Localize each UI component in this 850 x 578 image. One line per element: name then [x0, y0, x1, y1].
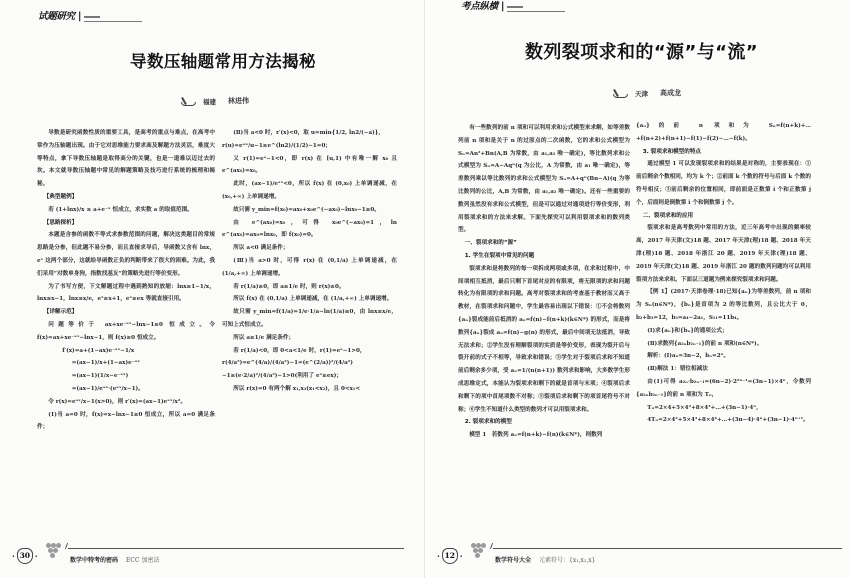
section-heading: 【典型题例】: [37, 191, 215, 204]
paragraph: 若 r(1/a)≥0，即 a≥1/e 时，则 r(x)≥0。: [222, 281, 397, 294]
equation-line: =(ax−1)/x+(1−ax)e⁻ᵃˣ: [37, 357, 215, 370]
paragraph: 裂项求和是将数列的每一项拆成两项或多项，在求和过程中，中间项相互抵消，最后只剩下…: [458, 263, 630, 417]
section-heading: 1. 学生在裂项中常见的问题: [458, 250, 630, 263]
paragraph: 【例 1】(2017·天津卷理·18)已知{aₙ}为等差数列，前 n 项和为 S…: [636, 286, 811, 324]
section-heading: 【详解示范】: [37, 306, 215, 319]
section-divider: |: [78, 11, 82, 22]
article-title: 数列裂项求和的“源”与“流”: [425, 38, 850, 64]
paragraph: 所以 r(x)=0 有两个解 x₁,x₂(x₁<x₂)，且 0<x₁<: [222, 383, 397, 396]
section-label: 试题研究: [38, 8, 75, 22]
paragraph: 若 r(1/a)<0，即 0<a<1/e 时，r(1)=eᵃ−1>0，: [222, 345, 397, 358]
section-divider: |: [501, 1, 505, 12]
paragraph: 故只需 y_min=f(x₀)=ax₀+x₀e^(−ax₀)−lnx₀−1≥0。: [222, 204, 397, 217]
column-2: {aₙ}的前 n 项和为 Sₙ=f(n+k)+…+f(n+2)+f(n+1)−f…: [636, 120, 811, 427]
paragraph: 模型 1 若数列 aₙ=f(n+k)−f(n)(k∈N*)，则数列: [458, 429, 630, 442]
paragraph: 若 (1+lnx)/x ≤ a+e⁻ˣ 恒成立，求实数 a 的取值范围。: [37, 204, 215, 217]
author-name: 高成龙: [660, 88, 681, 98]
left-page: 试题研究 | 导数压轴题常用方法揭秘 福建 林进伟 导数是研究函数性质的重要工具…: [0, 0, 425, 578]
paragraph: 裂项求和是高考数列中常用的方法，近三年高考中出现的频率较高，2017 年天津(文…: [636, 222, 811, 286]
byline: 福建 林进伟: [180, 96, 249, 106]
right-page: 考点纵横 | 数列裂项求和的“源”与“流” 天津 高成龙 有一些数列的前 n 项…: [425, 0, 850, 578]
footer-journal: 数学中特考的密码 ECC 加密法: [70, 555, 160, 564]
page-number: 30: [17, 548, 33, 564]
section-underline: [507, 6, 565, 12]
page-footer: ·30· 数学中特考的密码 ECC 加密法: [8, 540, 404, 574]
paragraph: {aₙ}的前 n 项和为 Sₙ=f(n+k)+…+f(n+2)+f(n+1)−f…: [636, 120, 811, 146]
paragraph: 4Tₙ=2×4²+5×4³+8×4⁴+…+(3n−4)·4ⁿ+(3n−1)·4ⁿ…: [636, 414, 811, 427]
equation-line: =(ax−1)(1/x−e⁻ᵃˣ): [37, 370, 215, 383]
paragraph: (Ⅱ)求数列{a₂ₙb₂ₙ₋₁}的前 n 项和(n∈N*)。: [636, 338, 811, 351]
section-heading: 2. 裂项求和的模型: [458, 416, 630, 429]
paragraph: 本题是含参的函数不等式求参数范围的问题，解决这类题目的常规思路是分参，但此题不易…: [37, 229, 215, 280]
author-location: 天津: [635, 89, 648, 98]
paragraph: 又 r(1)=eᵃ−1<0，即 r(x) 在 [u,1) 中有唯一解 x₀ 且 …: [222, 153, 397, 179]
footer-rule: [493, 548, 842, 549]
paragraph: 有一些数列的前 n 项和可以利用求和公式模型来求解，如等差数列前 n 项和是关于…: [458, 122, 630, 237]
page-number: 12: [442, 548, 458, 564]
byline: 天津 高成龙: [612, 88, 681, 98]
paragraph: (Ⅲ)当 a>0 时，可得 r(x) 在 (0,1/a) 上单调递减，在 (1/…: [222, 255, 397, 281]
footer-journal: 数学符号大全 元素符号：{x₁,x₂,x}: [495, 555, 595, 564]
author-name: 林进伟: [228, 96, 249, 106]
paragraph: 由 e^(ax₀)=x₀，可得 x₀e^(−ax₀)=1，ln e^(ax₀)=…: [222, 217, 397, 243]
footer-rule: [68, 548, 404, 549]
journal-subtitle: ECC 加密法: [126, 555, 159, 564]
paragraph: (Ⅰ)当 a=0 时，f(x)=x−lnx−1≥0 恒成立，所以 a=0 满足条…: [37, 409, 215, 435]
column-1: 有一些数列的前 n 项和可以利用求和公式模型来求解，如等差数列前 n 项和是关于…: [458, 122, 630, 442]
equation-line: f′(x)=a+(1−ax)e⁻ᵃˣ−1/x: [37, 345, 215, 358]
page-footer: ·12· 数学符号大全 元素符号：{x₁,x₂,x}: [433, 540, 842, 574]
journal-name: 数学符号大全: [495, 555, 531, 564]
equation-line: =(ax−1)/eᵃˣ·(eᵃˣ/x−1)。: [37, 383, 215, 396]
paragraph: 通过模型 1 可以发现裂项求和的结果是对称的，主要表现在：①前后剩余个数相同，均…: [636, 158, 811, 209]
author-location: 福建: [203, 97, 216, 106]
section-label: 考点纵横: [461, 0, 498, 12]
pen-book-icon: [180, 97, 195, 106]
article-title: 导数压轴题常用方法揭秘: [0, 48, 424, 72]
paragraph: 故只需 y_min=f(1/a)=1/e·1/a−ln(1/a)≥0，由 lnx…: [222, 306, 397, 332]
column-2: (Ⅱ)当 a<0 时，r′(x)<0，取 u=min{1/2, ln2/(−a)…: [222, 127, 397, 396]
section-underline: [84, 16, 142, 22]
section-heading: 【思路探析】: [37, 217, 215, 230]
paragraph: 解析：(Ⅰ)aₙ=3n−2，bₙ=2ⁿ。: [636, 350, 811, 363]
page-number-badge: ·12·: [437, 548, 463, 564]
section-heading: 二、裂项求和的应用: [636, 210, 811, 223]
column-1: 导数是研究函数性质的重要工具，是高考的重点与难点，在高考中常作为压轴题出现。由于…: [37, 127, 215, 434]
paragraph: 问题等价于 ax+xe⁻ᵃˣ−lnx−1≥0 恒成立。令 f(x)=ax+xe⁻…: [37, 319, 215, 345]
paragraph: 由(Ⅰ)可得 a₂ₙ·b₂ₙ₋₁=(6n−2)·2²ⁿ⁻¹=(3n−1)×4ⁿ，…: [636, 376, 811, 402]
paragraph: (Ⅱ)当 a<0 时，r′(x)<0，取 u=min{1/2, ln2/(−a)…: [222, 127, 397, 140]
pen-book-icon: [612, 89, 627, 98]
paragraph: Tₙ=2×4+5×4²+8×4³+…+(3n−1)·4ⁿ，: [636, 402, 811, 415]
running-head: 考点纵横 |: [461, 0, 565, 12]
paragraph: 所以 a≥1/e 满足条件；: [222, 332, 397, 345]
magazine-spread: 试题研究 | 导数压轴题常用方法揭秘 福建 林进伟 导数是研究函数性质的重要工具…: [0, 0, 850, 578]
journal-name: 数学中特考的密码: [70, 555, 118, 564]
paragraph: 导数是研究函数性质的重要工具，是高考的重点与难点，在高考中常作为压轴题出现。由于…: [37, 127, 215, 191]
paragraph: (Ⅰ)求{aₙ}和{bₙ}的通项公式；: [636, 325, 811, 338]
paragraph: 所以 f(x) 在 (0,1/a) 上单调递减，在 (1/a,+∞) 上单调递增…: [222, 293, 397, 306]
paragraph: 令 r(x)=eᵃˣ/x−1(x>0)，则 r′(x)=(ax−1)eᵃˣ/x²…: [37, 396, 215, 409]
section-heading: 一、裂项求和的“源”: [458, 237, 630, 250]
paragraph: (Ⅱ)解法 1：错位相减法: [636, 363, 811, 376]
paragraph: 所以 a<0 满足条件；: [222, 242, 397, 255]
grape-icon: [46, 540, 62, 562]
paragraph: r(4/a²)=e^(4/a)/(4/a²)−1=(e^(2/a))²/(4/a…: [222, 357, 397, 383]
paragraph: 此时，(ax−1)/eᵃˣ<0，所以 f(x) 在 (0,x₀) 上单调递减，在…: [222, 178, 397, 204]
journal-subtitle: 元素符号：{x₁,x₂,x}: [539, 555, 595, 564]
grape-icon: [471, 540, 487, 562]
running-head: 试题研究 |: [38, 8, 142, 22]
section-heading: 3. 裂项求和模型的特点: [636, 146, 811, 159]
paragraph: 为了书写方便，下文解题过程中遇到熟知的放缩：lnx≥1−1/x，lnx≤x−1，…: [37, 281, 215, 307]
paragraph: r(u)=eᵃᵘ/u−1≥e^(ln2)/(1/2)−1=0；: [222, 140, 397, 153]
page-number-badge: ·30·: [12, 548, 38, 564]
